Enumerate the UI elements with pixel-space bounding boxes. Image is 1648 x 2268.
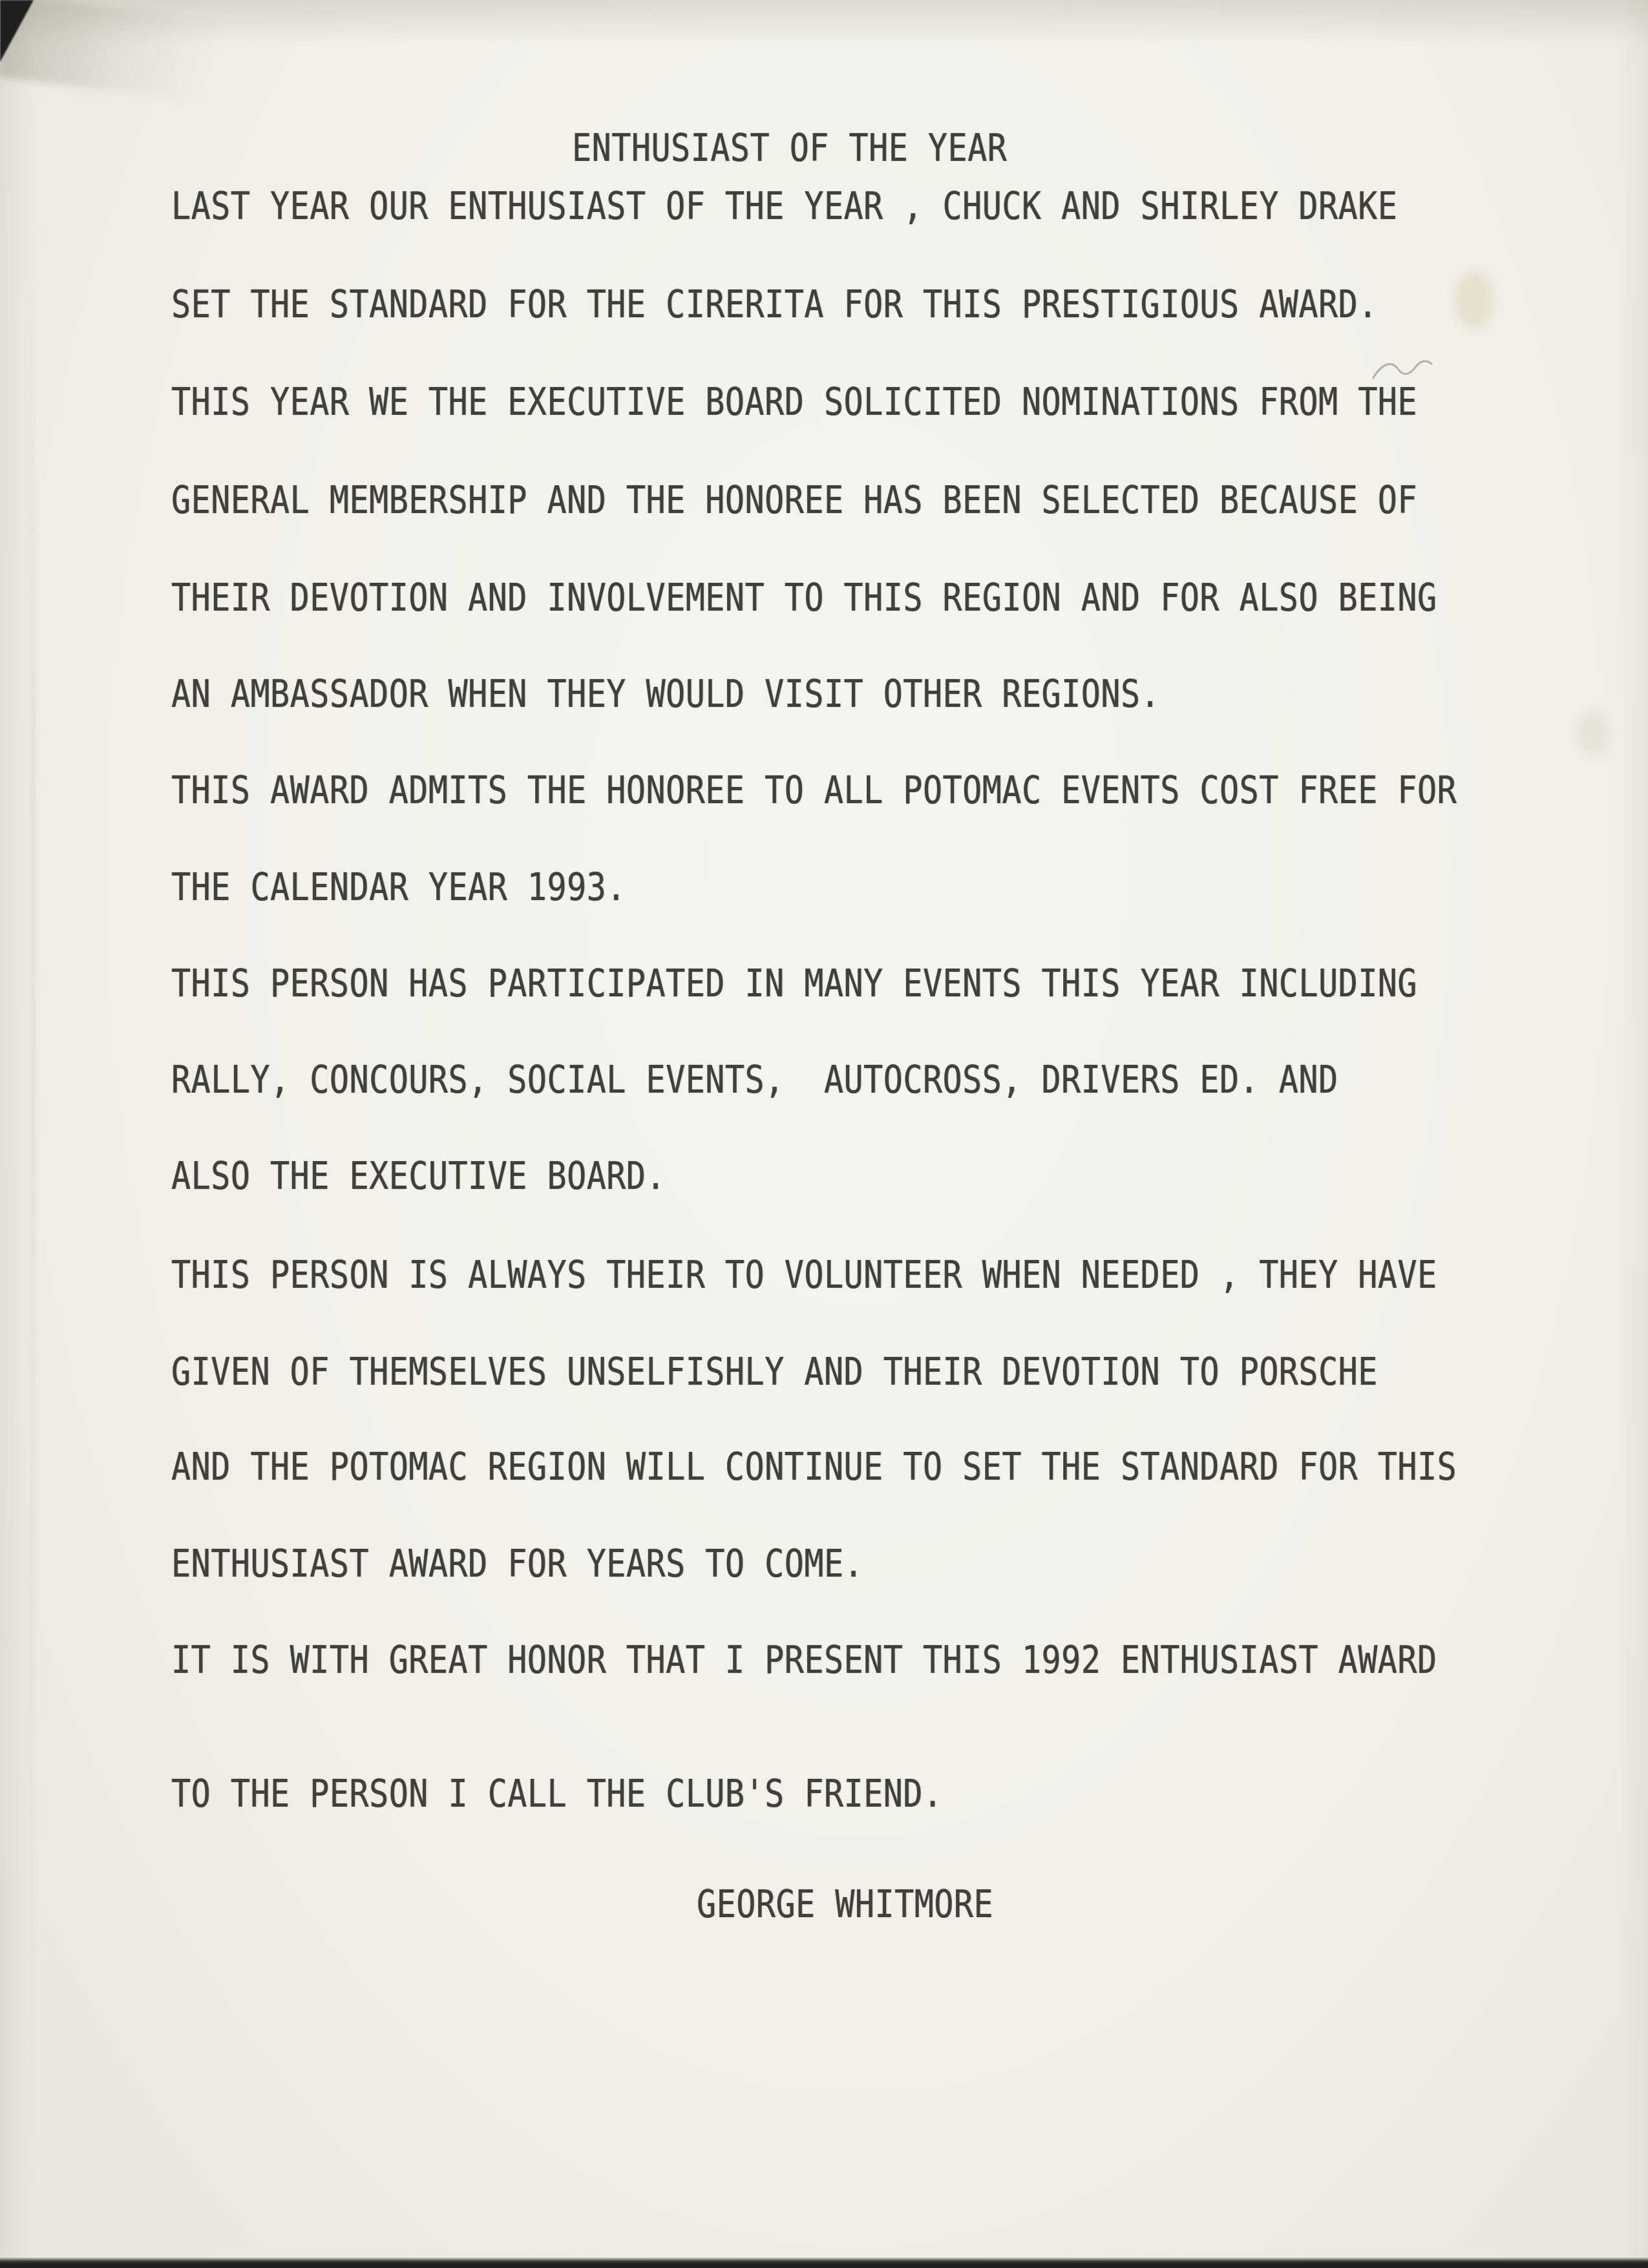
document-line: THIS PERSON IS ALWAYS THEIR TO VOLUNTEER… [171, 1256, 1437, 1294]
document-line: AND THE POTOMAC REGION WILL CONTINUE TO … [171, 1448, 1457, 1486]
document-line: RALLY, CONCOURS, SOCIAL EVENTS, AUTOCROS… [171, 1061, 1338, 1098]
document-line: THEIR DEVOTION AND INVOLVEMENT TO THIS R… [171, 579, 1437, 616]
document-line: GIVEN OF THEMSELVES UNSELFISHLY AND THEI… [171, 1353, 1378, 1391]
signature-name: GEORGE WHITMORE [697, 1885, 993, 1923]
scan-corner-artifact [0, 0, 34, 62]
document-line: ENTHUSIAST AWARD FOR YEARS TO COME. [171, 1545, 863, 1582]
document-line: LAST YEAR OUR ENTHUSIAST OF THE YEAR , C… [171, 187, 1397, 225]
document-line: ALSO THE EXECUTIVE BOARD. [171, 1157, 666, 1195]
document-line: THIS AWARD ADMITS THE HONOREE TO ALL POT… [171, 772, 1457, 809]
document-line: THE CALENDAR YEAR 1993. [171, 868, 626, 906]
document-line: THIS YEAR WE THE EXECUTIVE BOARD SOLICIT… [171, 383, 1417, 421]
document-line: GENERAL MEMBERSHIP AND THE HONOREE HAS B… [171, 481, 1417, 519]
document-line: SET THE STANDARD FOR THE CIRERITA FOR TH… [171, 286, 1378, 323]
document-line: TO THE PERSON I CALL THE CLUB'S FRIEND. [171, 1775, 943, 1812]
scan-bottom-edge [0, 2258, 1648, 2268]
paper-stain [1454, 271, 1493, 330]
document-line: THIS PERSON HAS PARTICIPATED IN MANY EVE… [171, 965, 1417, 1002]
paper-stain [1577, 711, 1609, 756]
document-line: AN AMBASSADOR WHEN THEY WOULD VISIT OTHE… [171, 675, 1160, 713]
paper-fold-line [31, 194, 35, 2197]
document-title: ENTHUSIAST OF THE YEAR [572, 129, 1007, 167]
paper-crease [0, 0, 282, 110]
document-page: ENTHUSIAST OF THE YEAR LAST YEAR OUR ENT… [0, 0, 1648, 2268]
document-line: IT IS WITH GREAT HONOR THAT I PRESENT TH… [171, 1641, 1437, 1679]
